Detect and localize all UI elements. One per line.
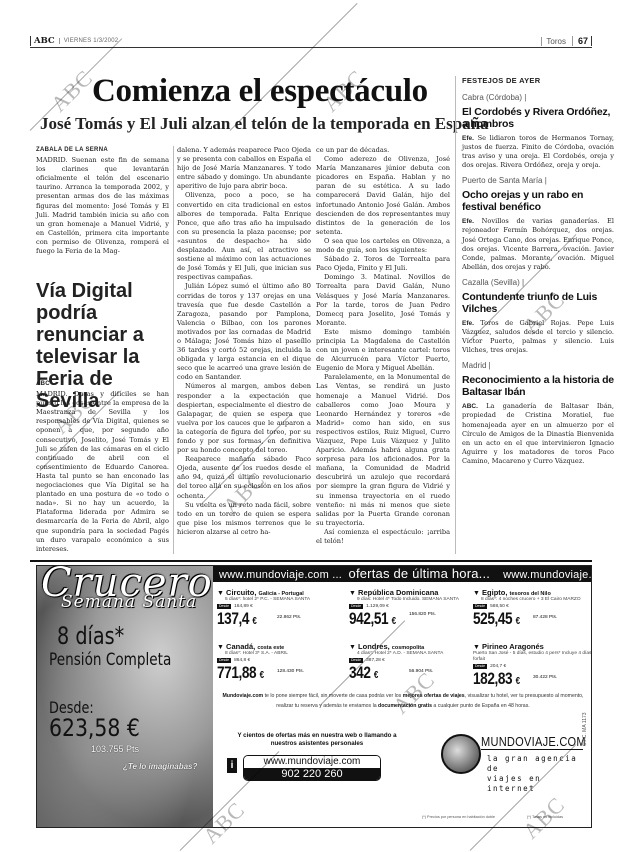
- sidebar-item-body: Novillos de varias ganaderías. El rejone…: [462, 217, 614, 270]
- sidebar-item-body: Se lidiaron toros de Hermanos Tornay, ju…: [462, 134, 614, 169]
- offer-egipto[interactable]: ▼ Egipto, tesoros del Nilo 8 días*: 4 no…: [473, 588, 592, 629]
- triangle-down-icon: ▼: [217, 644, 224, 651]
- offer-price: 182,83 €: [473, 669, 520, 689]
- ad-tagline: ¿Te lo imaginabas?: [123, 762, 197, 771]
- mundoviaje-advertisement[interactable]: Crucero Semana Santa 8 días* Pensión Com…: [36, 565, 592, 828]
- offer-desc: 8 días*: Hotel 3* S.A. - ABRIL: [217, 651, 337, 657]
- sidebar-item-place: Cazalla (Sevilla) |: [462, 278, 614, 287]
- ad-contact-phone[interactable]: 902 220 260: [244, 768, 380, 781]
- article-paragraph: dalena. Y además reaparece Paco Ojeda y …: [177, 146, 311, 191]
- article-paragraph: Este mismo domingo también principia La …: [316, 328, 450, 373]
- cruise-photo-panel: Crucero Semana Santa 8 días* Pensión Com…: [37, 566, 213, 828]
- sidebar-item-text: Efe. Novillos de varias ganaderías. El r…: [462, 217, 614, 272]
- article-paragraph: Números al margen, ambos deben responder…: [177, 382, 311, 455]
- ad-board: Pensión Completa: [49, 650, 171, 670]
- offer-name: Londres,: [358, 642, 390, 651]
- sidebar-item-source: Efe.: [462, 135, 474, 142]
- sidebar-item-title: Ocho orejas y un rabo en festival benéfi…: [462, 189, 614, 213]
- sidebar-item-place: Cabra (Córdoba) |: [462, 93, 614, 102]
- offer-name: Canadá,: [226, 642, 255, 651]
- article-paragraph: Reaparece mañana sábado Paco Ojeda, ause…: [177, 455, 311, 500]
- offer-name: Pirineo Aragonés: [482, 642, 544, 651]
- sidebar-item-source: Efe.: [462, 218, 474, 225]
- sidebar-item: Madrid | Reconocimiento a la historia de…: [462, 361, 614, 466]
- offer-circuito[interactable]: ▼ Circuito, Galicia - Portugal 5 días*: …: [217, 588, 337, 629]
- ad-bar-offer: ofertas de última hora...: [349, 566, 491, 581]
- ad-bar-url: www.mundoviaje.com ...: [219, 569, 342, 581]
- sidebar-item-title: Contundente triunfo de Luis Vilches: [462, 291, 614, 315]
- offer-desc: Puerto San José - 5 días, estudio 4 pers…: [473, 651, 592, 663]
- offer-price: 771,88 €: [217, 663, 264, 683]
- offer-desc: 4 días*: Hotel 2* A.D. - SEMANA SANTA: [349, 651, 469, 657]
- triangle-down-icon: ▼: [473, 644, 480, 651]
- offer-pts: 56.904 Pts.: [409, 669, 433, 674]
- article-subtitle: José Tomás y El Juli alzan el telón de l…: [40, 114, 489, 134]
- triangle-down-icon: ▼: [349, 644, 356, 651]
- article-paragraph: MADRID. Suenan este fin de semana los cl…: [36, 156, 169, 256]
- article-title: Comienza el espectáculo: [92, 72, 428, 110]
- sidebar-item-body: La ganadería de Baltasar Ibán, propiedad…: [462, 402, 614, 465]
- offer-name: Circuito,: [226, 588, 256, 597]
- article-paragraph: Sábado 2. Toros de Torrealta para Paco O…: [316, 255, 450, 273]
- ad-body-text: Mundoviaje.com te lo pone siempre fácil,…: [217, 691, 589, 711]
- ad-logo-rule: [481, 749, 583, 750]
- offer-pts: 87.428 Pts.: [533, 615, 557, 620]
- info-icon: i: [227, 758, 237, 773]
- side-article-paragraph: MADRID. Duras y difíciles se han puesto …: [36, 390, 169, 554]
- offer-name: Egipto,: [482, 588, 507, 597]
- sidebar-item-text: Efe. Toros de Gabriel Rojas. Pepe Luis V…: [462, 319, 614, 355]
- ad-logo-tagline: la gran agencia de viajes en internet: [487, 754, 591, 794]
- article-paragraph: Julián López sumó el último año 80 corri…: [177, 282, 311, 382]
- issue-date: VIERNES 1/3/2002: [59, 38, 123, 44]
- offer-price: 342 €: [349, 663, 378, 683]
- article-column-2: dalena. Y además reaparece Paco Ojeda y …: [177, 146, 311, 537]
- offer-pirineo-aragones[interactable]: ▼ Pirineo Aragonés Puerto San José - 5 d…: [473, 642, 592, 689]
- sidebar-item: Puerto de Santa María | Ocho orejas y un…: [462, 176, 614, 272]
- article-paragraph: Domingo 3. Matinal. Novillos de Torrealt…: [316, 273, 450, 328]
- ad-banner-bar: www.mundoviaje.com ... ofertas de última…: [213, 566, 592, 582]
- offer-name: República Dominicana: [358, 588, 438, 597]
- article-paragraph: Olivenza, poco a poco, se ha convertido …: [177, 191, 311, 282]
- section-name: Toros: [541, 37, 572, 46]
- triangle-down-icon: ▼: [349, 590, 356, 597]
- ad-call-to-action: Y cientos de ofertas más en nuestra web …: [229, 732, 405, 748]
- offer-londres[interactable]: ▼ Londres, cosmopolita 4 días*: Hotel 2*…: [349, 642, 469, 683]
- sidebar-item-place: Madrid |: [462, 361, 614, 370]
- article-paragraph: Su vuelta es un reto nada fácil, sobre t…: [177, 501, 311, 537]
- ad-from-price: 623,58 €: [49, 714, 140, 742]
- column-divider: [173, 146, 174, 554]
- sidebar-item: Cabra (Córdoba) | El Cordobés y Rivera O…: [462, 93, 614, 170]
- offer-republica-dominicana[interactable]: ▼ República Dominicana 9 días: Hotel 4* …: [349, 588, 469, 629]
- publication-name: ABC: [30, 36, 59, 46]
- article-paragraph: ce un par de décadas.: [316, 146, 450, 155]
- globe-logo-icon: [441, 734, 481, 774]
- ad-contact-box[interactable]: www.mundoviaje.com 902 220 260: [243, 755, 381, 781]
- ad-footnote-taxes: (*) Tasas no incluidas: [527, 815, 563, 819]
- ad-footnote-prices: (*) Precios por persona en habitación do…: [422, 815, 495, 819]
- watermark: ABC: [46, 65, 99, 118]
- article-paragraph: Paralelamente, en la Monumental de Las V…: [316, 373, 450, 528]
- article-byline: ZABALA DE LA SERNA: [36, 146, 169, 155]
- triangle-down-icon: ▼: [217, 590, 224, 597]
- ad-divider: [30, 560, 592, 562]
- sidebar-item-source: Efe.: [462, 320, 474, 327]
- ad-subheadline: Semana Santa: [61, 592, 197, 612]
- page-number: 67: [572, 36, 592, 46]
- sidebar-divider: [455, 76, 456, 554]
- article-column-3: ce un par de décadas. Como aderezo de Ol…: [316, 146, 450, 546]
- ad-from-pts: 103.755 Pts: [91, 744, 139, 754]
- sidebar-item-source: ABC.: [462, 403, 478, 410]
- sidebar-item: Cazalla (Sevilla) | Contundente triunfo …: [462, 278, 614, 355]
- sidebar-item-title: Reconocimiento a la historia de Baltasar…: [462, 374, 614, 398]
- sidebar-item-place: Puerto de Santa María |: [462, 176, 614, 185]
- offer-price: 525,45 €: [473, 609, 520, 629]
- offer-pts: 156.820 Pts.: [409, 612, 436, 617]
- festejos-sidebar: FESTEJOS DE AYER Cabra (Córdoba) | El Co…: [462, 76, 614, 470]
- offer-desc: 9 días: Hotel 4* Todo Incluido. SEMANA S…: [349, 597, 469, 603]
- offer-pts: 128.430 Pts.: [277, 669, 304, 674]
- ad-days: 8 días*: [57, 622, 124, 650]
- watermark-line: [230, 3, 358, 131]
- article-column-1: ZABALA DE LA SERNA MADRID. Suenan este f…: [36, 146, 169, 256]
- ad-contact-url[interactable]: www.mundoviaje.com: [244, 756, 380, 768]
- offer-desc: 8 días*: 4 noches crucero + 3 El Cairo M…: [473, 597, 592, 603]
- side-article-byline: ABC: [36, 380, 169, 389]
- article-paragraph: Como aderezo de Olivenza, José María Man…: [316, 155, 450, 237]
- ad-license: C.I.C. MA 1173: [582, 712, 588, 746]
- offer-pts: 22.862 Pts.: [277, 615, 301, 620]
- article-paragraph: Así comienza el espectáculo: ¡arriba el …: [316, 528, 450, 546]
- ad-bar-url-end: www.mundoviaje.com ...: [503, 569, 592, 581]
- sidebar-item-text: ABC. La ganadería de Baltasar Ibán, prop…: [462, 402, 614, 466]
- sidebar-item-text: Efe. Se lidiaron toros de Hermanos Torna…: [462, 134, 614, 170]
- article-paragraph: O sea que los carteles en Olivenza, a mo…: [316, 237, 450, 255]
- offer-desc: 5 días*: hotel 2* P.C. - SEMANA SANTA: [217, 597, 337, 603]
- sidebar-item-body: Toros de Gabriel Rojas. Pepe Luis Vázque…: [462, 319, 614, 354]
- offer-pts: 30.422 Pts.: [533, 675, 557, 680]
- ad-logo-name: MUNDOVIAJE.COM: [481, 734, 586, 749]
- triangle-down-icon: ▼: [473, 590, 480, 597]
- offer-price: 137,4 €: [217, 609, 256, 629]
- sidebar-item-title: El Cordobés y Rivera Ordóñez, a hombros: [462, 106, 614, 130]
- sidebar-heading: FESTEJOS DE AYER: [462, 76, 614, 85]
- side-article-body: ABC MADRID. Duras y difíciles se han pue…: [36, 380, 169, 554]
- offer-canada[interactable]: ▼ Canadá, costa este 8 días*: Hotel 3* S…: [217, 642, 337, 683]
- page-header: ABC VIERNES 1/3/2002 Toros 67: [30, 36, 592, 48]
- offer-price: 942,51 €: [349, 609, 396, 629]
